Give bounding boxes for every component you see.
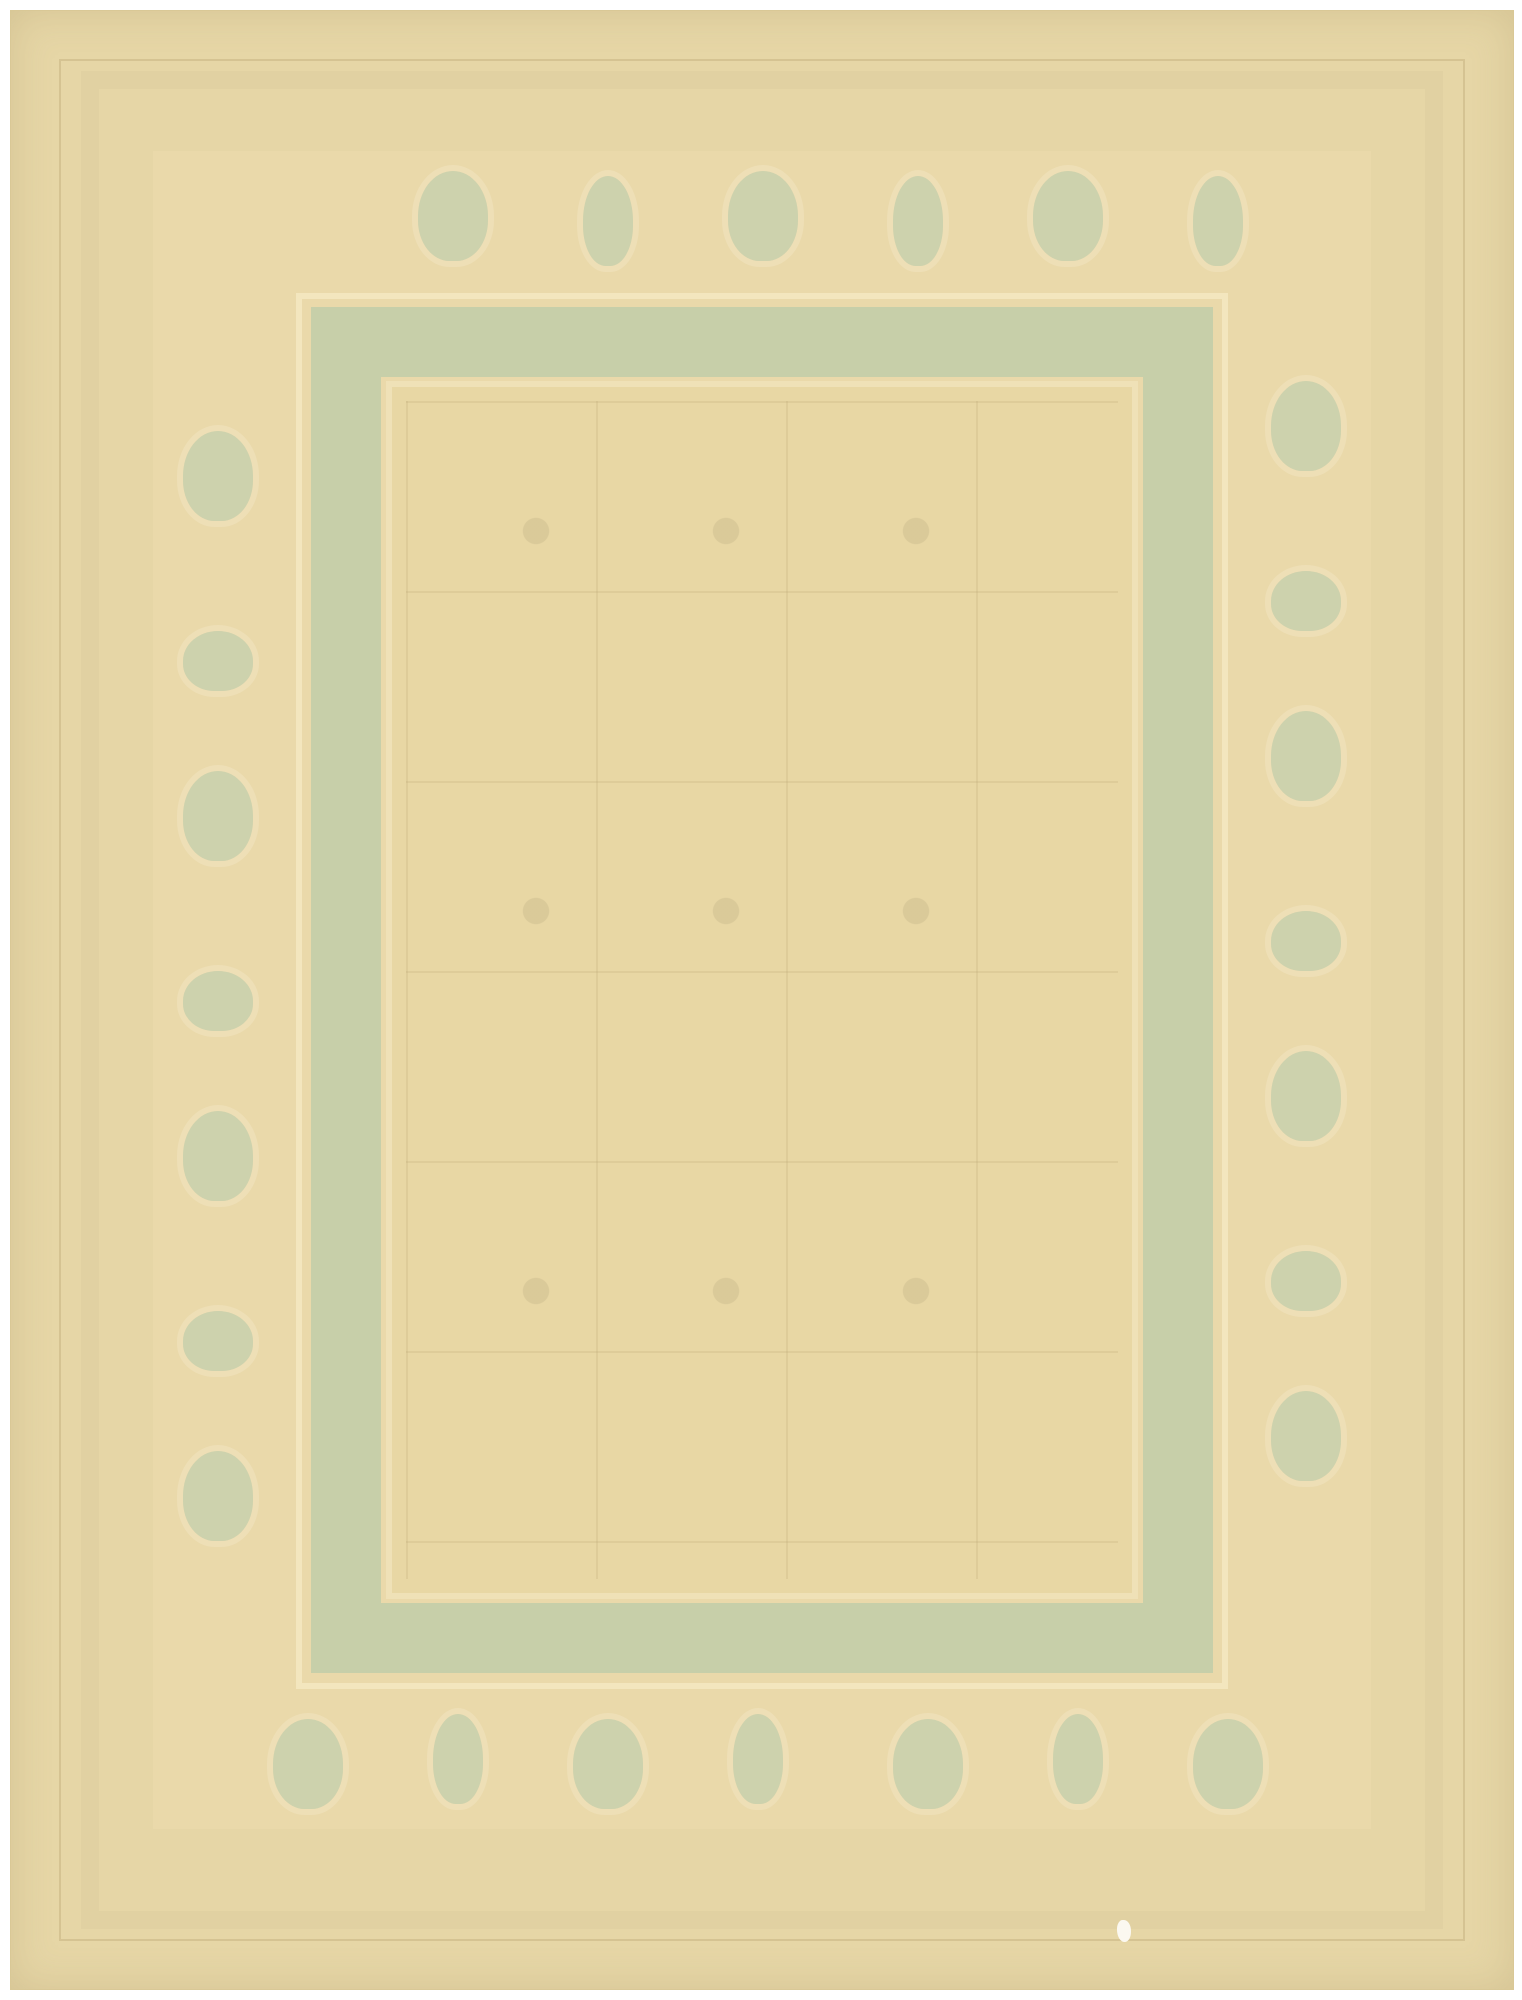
rosette-motif: [696, 501, 756, 561]
small-white-spot: [1117, 1920, 1131, 1942]
palmette-motif: [1271, 381, 1341, 471]
palmette-motif: [183, 1311, 253, 1371]
palmette-motif: [1271, 571, 1341, 631]
palmette-motif: [183, 971, 253, 1031]
rosette-motif: [696, 881, 756, 941]
palmette-motif: [893, 176, 943, 266]
rosette-motif: [696, 1261, 756, 1321]
rug: [10, 10, 1514, 1990]
palmette-motif: [1271, 1051, 1341, 1141]
palmette-motif: [573, 1719, 643, 1809]
palmette-motif: [1193, 1719, 1263, 1809]
palmette-motif: [273, 1719, 343, 1809]
palmette-motif: [1271, 1251, 1341, 1311]
palmette-motif: [183, 631, 253, 691]
palmette-motif: [1033, 171, 1103, 261]
rosette-motif: [886, 881, 946, 941]
rosette-motif: [506, 881, 566, 941]
palmette-motif: [1053, 1714, 1103, 1804]
palmette-motif: [433, 1714, 483, 1804]
palmette-motif: [728, 171, 798, 261]
palmette-motif: [733, 1714, 783, 1804]
palmette-motif: [893, 1719, 963, 1809]
rosette-motif: [506, 501, 566, 561]
palmette-motif: [583, 176, 633, 266]
palmette-motif: [183, 771, 253, 861]
field-lattice-pattern: [406, 401, 1118, 1579]
rosette-motif: [886, 1261, 946, 1321]
palmette-motif: [1193, 176, 1243, 266]
central-field: [386, 381, 1138, 1599]
palmette-motif: [418, 171, 488, 261]
palmette-motif: [183, 1111, 253, 1201]
palmette-motif: [1271, 1391, 1341, 1481]
rosette-motif: [506, 1261, 566, 1321]
palmette-motif: [1271, 711, 1341, 801]
rosette-motif: [886, 501, 946, 561]
palmette-motif: [183, 431, 253, 521]
palmette-motif: [1271, 911, 1341, 971]
palmette-motif: [183, 1451, 253, 1541]
